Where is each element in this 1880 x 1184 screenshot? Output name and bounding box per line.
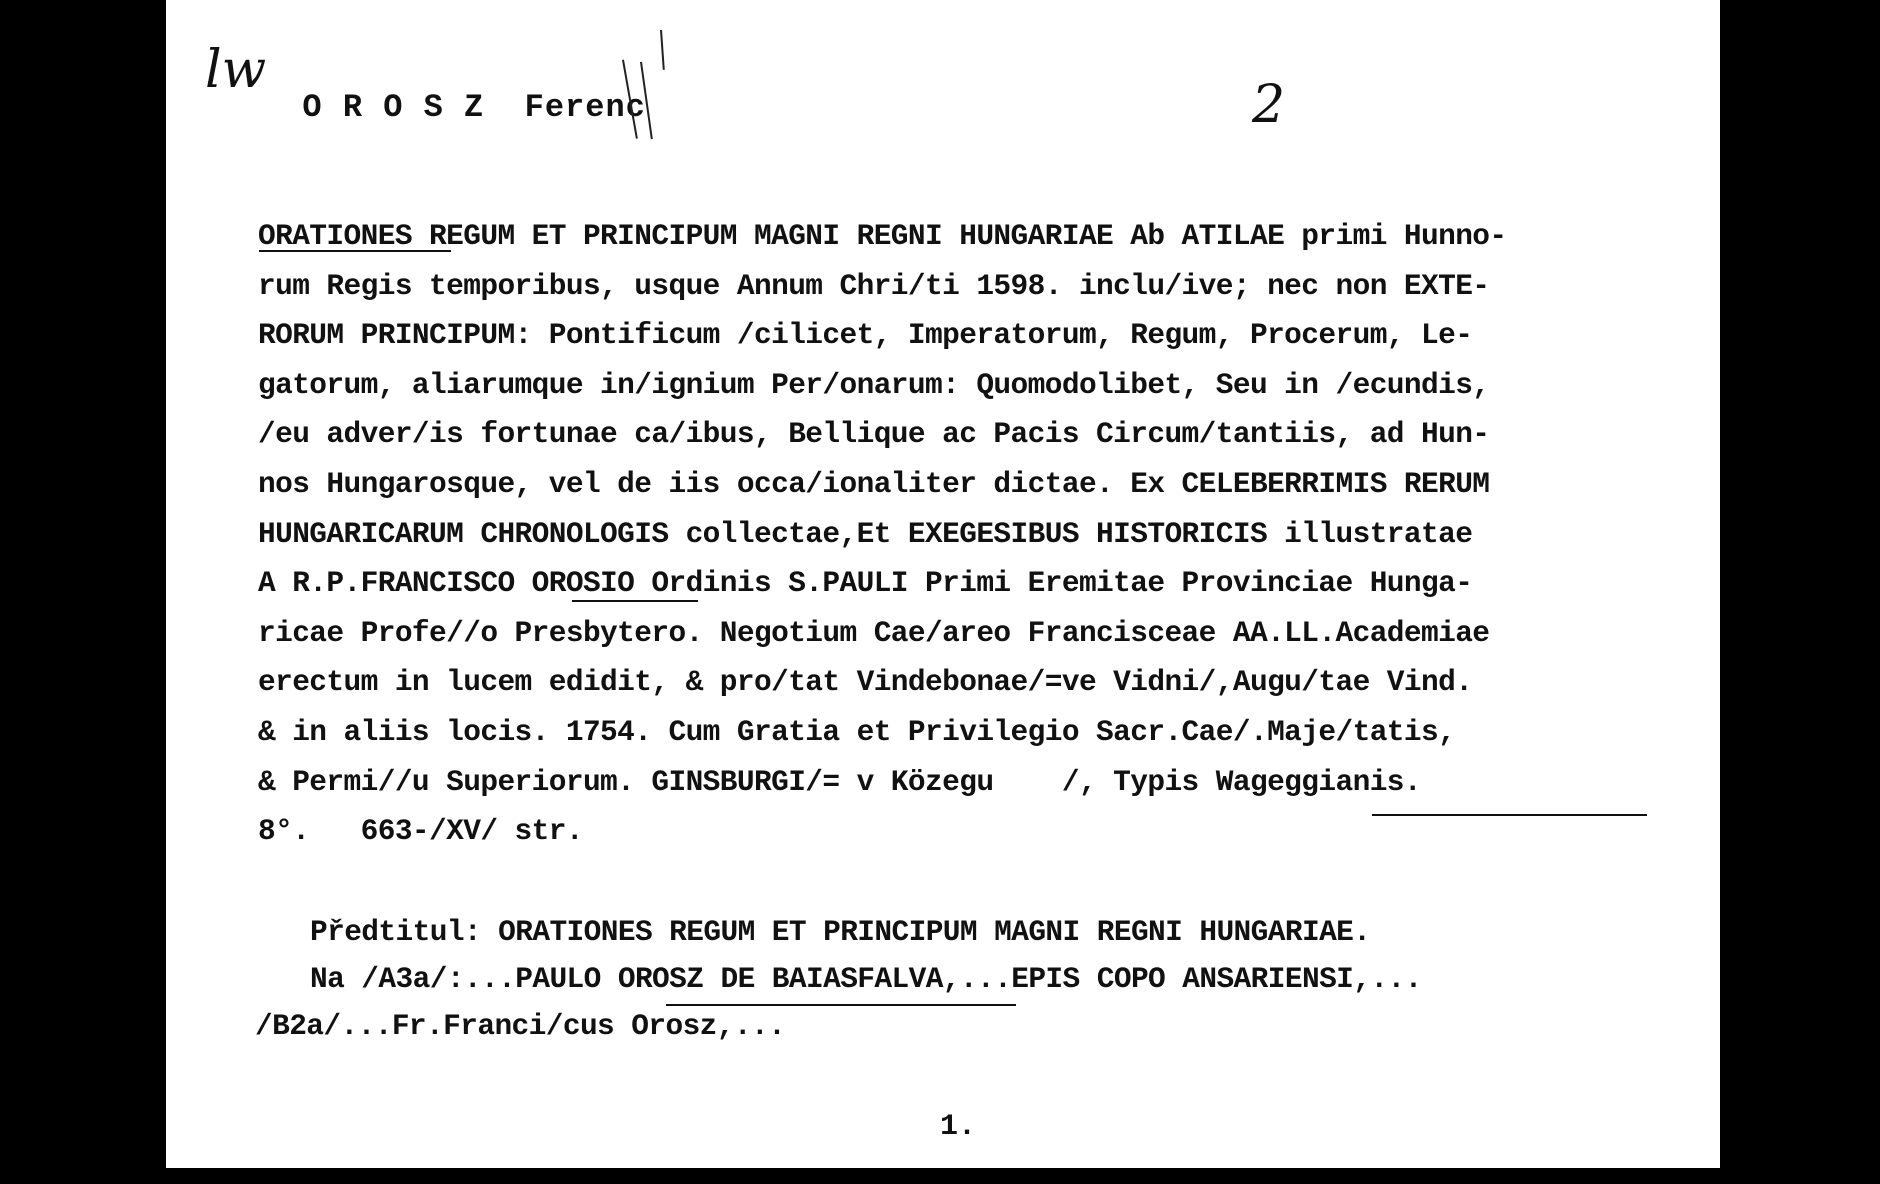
handwritten-number: 2 (1252, 75, 1285, 135)
underline-orationes (259, 250, 451, 252)
description-line: erectum in lucem edidit, & pro/tat Vinde… (258, 662, 1472, 702)
handwritten-initials: lw (205, 40, 266, 100)
note-line: Na /A3a/:...PAULO OROSZ DE BAIASFALVA,..… (310, 959, 1422, 999)
description-line: nos Hungarosque, vel de iis occa/ionalit… (258, 464, 1489, 504)
description-line: rum Regis temporibus, usque Annum Chri/t… (258, 266, 1489, 306)
page-number: 1. (940, 1110, 976, 1144)
description-line: & in aliis locis. 1754. Cum Gratia et Pr… (258, 712, 1455, 752)
description-line: gatorum, aliarumque in/ignium Per/onarum… (258, 365, 1489, 405)
underline-orosz-de-baiasfalva (666, 1004, 1016, 1006)
author-surname: O R O S Z (302, 89, 484, 126)
note-line: Předtitul: ORATIONES REGUM ET PRINCIPUM … (310, 912, 1370, 952)
description-line: /eu adver/is fortunae ca/ibus, Bellique … (258, 414, 1489, 454)
description-line: & Permi//u Superiorum. GINSBURGI/= v Köz… (258, 762, 1421, 802)
description-line: HUNGARICARUM CHRONOLOGIS collectae,Et EX… (258, 514, 1472, 554)
description-line: A R.P.FRANCISCO OROSIO Ordinis S.PAULI P… (258, 563, 1472, 603)
description-line: ricae Profe//o Presbytero. Negotium Cae/… (258, 613, 1489, 653)
description-line: 8°. 663-/XV/ str. (258, 811, 583, 851)
underline-orosio (572, 600, 698, 602)
underline-wageggianis (1372, 814, 1647, 816)
author-heading: O R O S Z Ferenc (262, 52, 646, 126)
description-line: RORUM PRINCIPUM: Pontificum /cilicet, Im… (258, 315, 1472, 355)
note-line: /B2a/...Fr.Franci/cus Orosz,... (255, 1006, 785, 1046)
